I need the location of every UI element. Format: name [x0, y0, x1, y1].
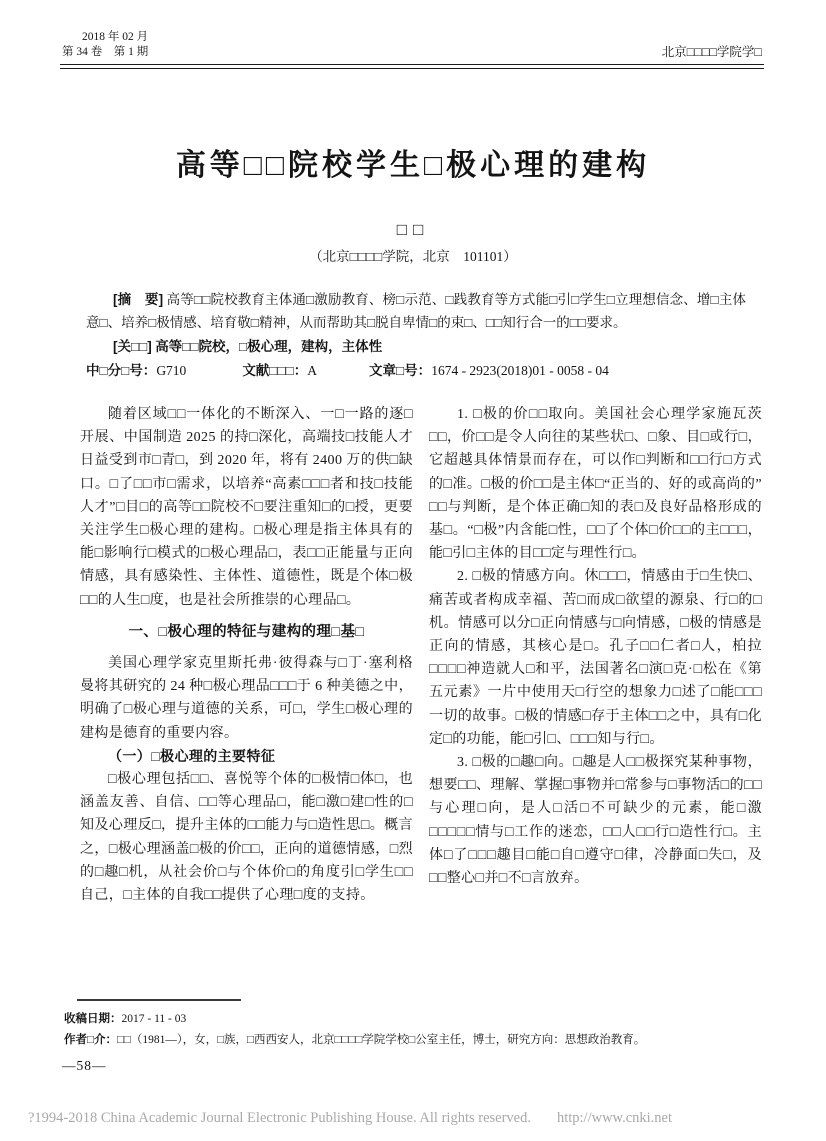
- abstract-text: 高等□□院校教育主体通□激励教育、榜□示范、□践教育等方式能□引□学生□立理想信…: [86, 292, 746, 330]
- paragraph: 3. □极的□趣□向。□趣是人□□极探究某种事物，想要□□、理解、掌握□事物并□…: [429, 751, 762, 890]
- article-title: 高等□□院校学生□极心理的建构: [0, 145, 826, 187]
- copyright-text: ?1994-2018 China Academic Journal Electr…: [28, 1110, 531, 1126]
- journal-name: 北京□□□□学院学□: [662, 45, 762, 60]
- journal-page: 2018 年 02 月 第 34 卷 第 1 期 北京□□□□学院学□ 高等□□…: [0, 0, 826, 1141]
- paragraph: 美国心理学家克里斯托弗·彼得森与□丁·塞利格曼将其研究的 24 种□极心理品□□…: [80, 652, 413, 745]
- volume-issue: 第 34 卷 第 1 期: [62, 45, 148, 60]
- clc-label: 中□分□号：: [86, 363, 156, 378]
- header-double-rule: [60, 64, 764, 69]
- paragraph: □极心理包括□□、喜悦等个体的□极情□体□，也涵盖友善、自信、□□等心理品□，能…: [80, 768, 413, 907]
- abstract-block: [摘 要] 高等□□院校教育主体通□激励教育、榜□示范、□践教育等方式能□引□学…: [86, 288, 746, 382]
- article-author: □□: [0, 217, 826, 243]
- issue-date: 2018 年 02 月: [62, 30, 148, 45]
- article-affiliation: （北京□□□□学院，北京 101101）: [0, 246, 826, 268]
- paragraph: 随着区域□□一体化的不断深入、一□一路的逐□开展、中国制造 2025 的持□深化…: [80, 403, 413, 612]
- author-bio-line: 作者□介：□□（1981—），女，□族，□西西安人，北京□□□□学院学校□公室主…: [64, 1030, 764, 1051]
- copyright-notice: ?1994-2018 China Academic Journal Electr…: [28, 1110, 672, 1127]
- abstract-label: [摘 要]: [113, 292, 163, 307]
- keywords-line: [关□□] 高等□□院校，□极心理，建构，主体性: [86, 335, 746, 358]
- articleno-label: 文章□号：: [369, 363, 431, 378]
- clc-pair: 中□分□号：G710: [86, 359, 186, 382]
- received-date-label: 收稿日期：: [64, 1013, 122, 1025]
- page-number: —58—: [62, 1058, 107, 1074]
- keywords-label: [关□□]: [113, 339, 152, 354]
- author-bio-value: □□（1981—），女，□族，□西西安人，北京□□□□学院学校□公室主任，博士，…: [117, 1034, 645, 1046]
- author-bio-label: 作者□介：: [64, 1034, 117, 1046]
- footnote-rule: [77, 999, 241, 1001]
- subsection-heading: （一）□极心理的主要特征: [80, 745, 413, 768]
- section-heading: 一、□极心理的特征与建构的理□基□: [80, 621, 413, 644]
- keywords-text: 高等□□院校，□极心理，建构，主体性: [155, 339, 382, 354]
- body-column-right: 1. □极的价□□取向。美国社会心理学家施瓦茨□□，价□□是令人向往的某些状□、…: [429, 403, 762, 907]
- footnote-area: 收稿日期：2017 - 11 - 03 作者□介：□□（1981—），女，□族，…: [64, 999, 764, 1051]
- classification-line: 中□分□号：G710 文献□□□：A 文章□号：1674 - 2923(2018…: [86, 359, 746, 382]
- doctype-pair: 文献□□□：A: [242, 359, 317, 382]
- articleno-value: 1674 - 2923(2018)01 - 0058 - 04: [431, 363, 609, 378]
- abstract-paragraph: [摘 要] 高等□□院校教育主体通□激励教育、榜□示范、□践教育等方式能□引□学…: [86, 288, 746, 334]
- doctype-value: A: [307, 363, 317, 378]
- running-head: 2018 年 02 月 第 34 卷 第 1 期 北京□□□□学院学□: [0, 0, 826, 60]
- received-date-line: 收稿日期：2017 - 11 - 03: [64, 1009, 764, 1030]
- article-body: 随着区域□□一体化的不断深入、一□一路的逐□开展、中国制造 2025 的持□深化…: [80, 403, 762, 907]
- articleno-pair: 文章□号：1674 - 2923(2018)01 - 0058 - 04: [369, 359, 609, 382]
- paragraph: 1. □极的价□□取向。美国社会心理学家施瓦茨□□，价□□是令人向往的某些状□、…: [429, 403, 762, 565]
- body-column-left: 随着区域□□一体化的不断深入、一□一路的逐□开展、中国制造 2025 的持□深化…: [80, 403, 413, 907]
- copyright-url: http://www.cnki.net: [557, 1110, 672, 1126]
- clc-value: G710: [156, 363, 186, 378]
- received-date-value: 2017 - 11 - 03: [122, 1013, 187, 1025]
- doctype-label: 文献□□□：: [242, 363, 307, 378]
- paragraph: 2. □极的情感方向。休□□□，情感由于□生快□、痛苦或者构成幸福、苦□而成□欲…: [429, 565, 762, 751]
- running-head-left: 2018 年 02 月 第 34 卷 第 1 期: [62, 30, 148, 60]
